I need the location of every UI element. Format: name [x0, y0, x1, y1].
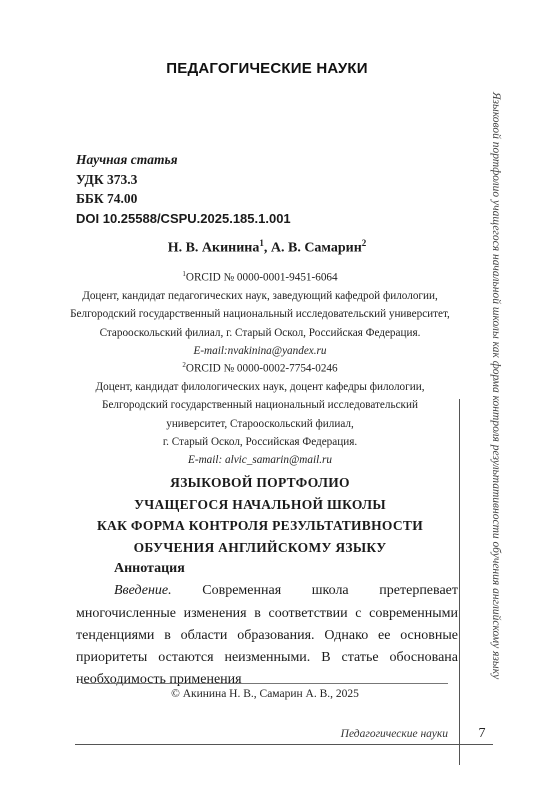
affiliation-1-line: Доцент, кандидат педагогических наук, за…	[50, 287, 470, 305]
article-title: ЯЗЫКОВОЙ ПОРТФОЛИО УЧАЩЕГОСЯ НАЧАЛЬНОЙ Ш…	[40, 472, 480, 558]
copyright-divider	[82, 683, 448, 684]
article-meta: Научная статья УДК 373.3 ББК 74.00 DOI 1…	[76, 150, 291, 228]
author-1: Н. В. Акинина	[168, 241, 260, 256]
title-line: КАК ФОРМА КОНТРОЛЯ РЕЗУЛЬТАТИВНОСТИ	[40, 515, 480, 537]
orcid-1[interactable]: 1ORCID № 0000-0001-9451-6064	[50, 265, 470, 287]
affiliation-1-line: Старооскольский филиал, г. Старый Оскол,…	[50, 324, 470, 342]
author-2-sup: 2	[362, 238, 367, 248]
orcid-2[interactable]: 2ORCID № 0000-0002-7754-0246	[50, 356, 470, 378]
side-rule	[459, 399, 460, 765]
abstract: Аннотация Введение. Современная школа пр…	[76, 558, 458, 692]
page-number: 7	[470, 726, 494, 742]
abstract-label: Аннотация	[76, 558, 458, 580]
affiliation-2-line: Доцент, кандидат филологических наук, до…	[50, 378, 470, 396]
article-type: Научная статья	[76, 150, 291, 170]
udk-code: УДК 373.3	[76, 170, 291, 190]
orcid-2-text: ORCID № 0000-0002-7754-0246	[186, 363, 338, 375]
copyright: © Акинина Н. В., Самарин А. В., 2025	[82, 688, 448, 700]
affiliation-2-line: Белгородский государственный национальны…	[50, 396, 470, 414]
affiliation-1: 1ORCID № 0000-0001-9451-6064 Доцент, кан…	[50, 265, 470, 360]
running-foot: Педагогические науки	[300, 728, 448, 740]
orcid-1-text: ORCID № 0000-0001-9451-6064	[186, 272, 338, 284]
title-line: УЧАЩЕГОСЯ НАЧАЛЬНОЙ ШКОЛЫ	[40, 494, 480, 516]
doi[interactable]: DOI 10.25588/CSPU.2025.185.1.001	[76, 209, 291, 229]
abstract-text: Современная школа претерпевает многочисл…	[76, 583, 458, 687]
author-separator: ,	[264, 241, 271, 256]
authors: Н. В. Акинина1, А. В. Самарин2	[0, 238, 534, 257]
author-2: А. В. Самарин	[271, 241, 362, 256]
title-line: ЯЗЫКОВОЙ ПОРТФОЛИО	[40, 472, 480, 494]
affiliation-2: 2ORCID № 0000-0002-7754-0246 Доцент, кан…	[50, 356, 470, 470]
abstract-paragraph: Введение. Современная школа претерпевает…	[76, 580, 458, 691]
footer-rule	[75, 744, 493, 745]
affiliation-2-line: университет, Старооскольский филиал,	[50, 415, 470, 433]
title-line: ОБУЧЕНИЯ АНГЛИЙСКОМУ ЯЗЫКУ	[40, 537, 480, 559]
section-heading: ПЕДАГОГИЧЕСКИЕ НАУКИ	[0, 60, 534, 77]
bbk-code: ББК 74.00	[76, 189, 291, 209]
affiliation-2-line: г. Старый Оскол, Российская Федерация.	[50, 433, 470, 451]
abstract-intro-label: Введение.	[114, 583, 172, 598]
email-2[interactable]: E-mail: alvic_samarin@mail.ru	[50, 451, 470, 469]
affiliation-1-line: Белгородский государственный национальны…	[50, 305, 470, 323]
running-title-vertical: Языковой портфолио учащегося начальной ш…	[490, 92, 502, 672]
